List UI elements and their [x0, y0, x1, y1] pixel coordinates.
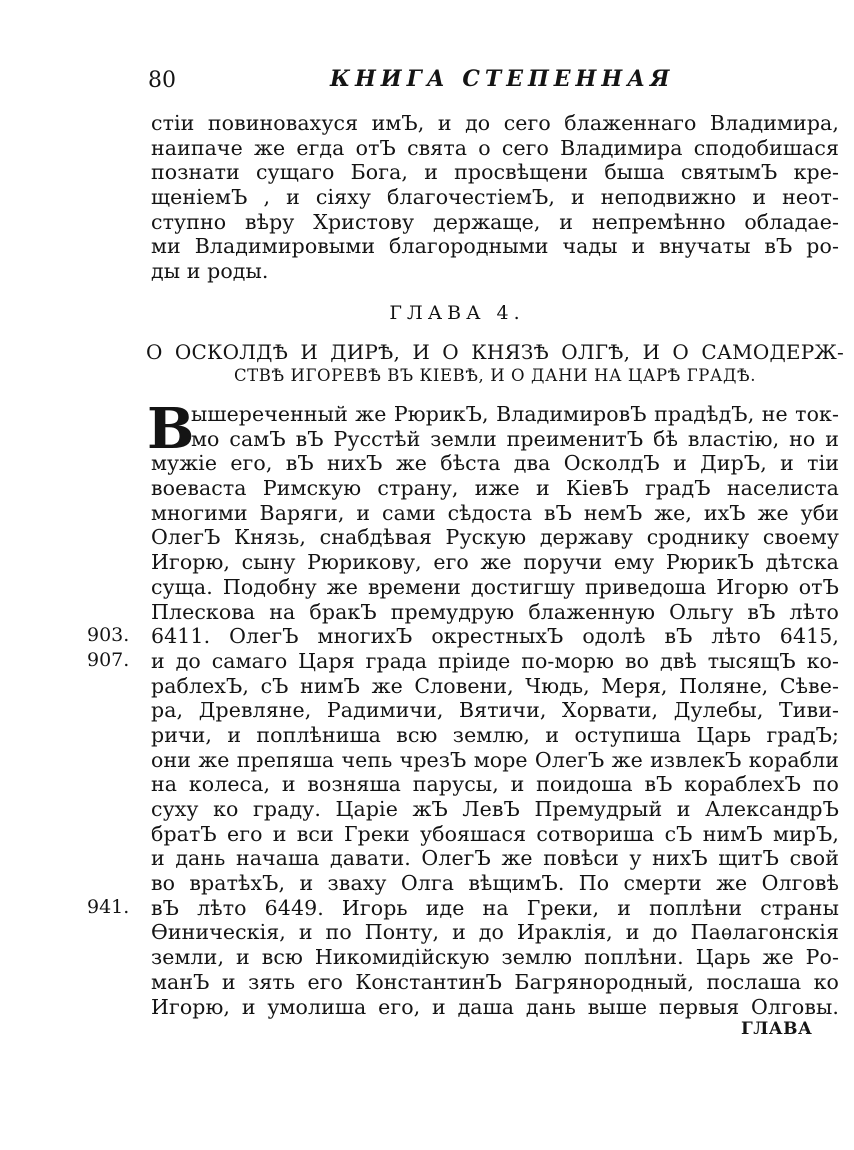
- text-line: они же препяша чепь чрезЪ море ОлегЪ же …: [151, 748, 839, 773]
- margin-year-note: 907.: [87, 649, 147, 671]
- text-line: стіи повиновахуся имЪ, и до сего блаженн…: [151, 111, 839, 136]
- text-line: ра, Древляне, Радимичи, Вятичи, Хорвати,…: [151, 698, 839, 723]
- text-line: на колеса, и возняша парусы, и поидоша в…: [151, 772, 839, 797]
- text-line: ышереченный же РюрикЪ, ВладимировЪ прадѣ…: [151, 402, 839, 427]
- text-line: раблехЪ, сЪ нимЪ же Словени, Чюдь, Меря,…: [151, 674, 839, 699]
- main-paragraph: В ышереченный же РюрикЪ, ВладимировЪ пра…: [151, 402, 839, 1019]
- chapter-title: О ОСКОЛДѢ И ДИРѢ, И О КНЯЗѢ ОЛГѢ, И О СА…: [146, 340, 844, 388]
- text-line: и дань начаша давати. ОлегЪ же повѣси у …: [151, 846, 839, 871]
- text-line: манЪ и зять его КонстантинЪ Багрянородны…: [151, 970, 839, 995]
- text-line: щеніемЪ , и сіяху благочестіемЪ, и непод…: [151, 185, 839, 210]
- text-line: суху ко граду. Царіе жЪ ЛевЪ Премудрый и…: [151, 797, 839, 822]
- text-line: ступно вѣру Христову держаще, и непремѣн…: [151, 210, 839, 235]
- chapter-title-line: СТВѢ ИГОРЕВѢ ВЪ КІЕВѢ, И О ДАНИ НА ЦАРѢ …: [146, 364, 844, 388]
- text-line: суща. Подобну же времени достигшу привед…: [151, 575, 839, 600]
- intro-paragraph: стіи повиновахуся имЪ, и до сего блаженн…: [151, 111, 839, 284]
- chapter-title-line: О ОСКОЛДѢ И ДИРѢ, И О КНЯЗѢ ОЛГѢ, И О СА…: [146, 340, 844, 364]
- text-line: мужіе его, вЪ нихЪ же бѣста два ОсколдЪ …: [151, 451, 839, 476]
- text-line: во вратѣхЪ, и зваху Олга вѣщимЪ. По смер…: [151, 871, 839, 896]
- text-line: 6411. ОлегЪ многихЪ окрестныхЪ одолѣ вЪ …: [151, 624, 839, 649]
- text-line: многими Варяги, и сами сѣдоста вЪ немЪ ж…: [151, 501, 839, 526]
- text-line: Игорю, сыну Рюрикову, его же поручи ему …: [151, 550, 839, 575]
- text-line: Плескова на бракЪ премудрую блаженную Ол…: [151, 600, 839, 625]
- text-line: Ѳиническія, и по Понту, и до Ираклія, и …: [151, 920, 839, 945]
- drop-cap: В: [147, 404, 194, 454]
- page-number: 80: [148, 68, 176, 93]
- text-line: Игорю, и умолиша его, и даша дань выше п…: [151, 995, 839, 1020]
- book-page: 80 КНИГА СТЕПЕННАЯ стіи повиновахуся имЪ…: [0, 0, 854, 1150]
- catchword: ГЛАВА: [741, 1019, 812, 1039]
- text-line: познати сущаго Бога, и просвѣщени быша с…: [151, 160, 839, 185]
- text-line: воеваста Римскую страну, иже и КіевЪ гра…: [151, 476, 839, 501]
- book-title: КНИГА СТЕПЕННАЯ: [330, 66, 674, 92]
- text-line: земли, и всю Никомидійскую землю поплѣни…: [151, 945, 839, 970]
- text-line: ми Владимировыми благородными чады и вну…: [151, 234, 839, 259]
- running-head: 80 КНИГА СТЕПЕННАЯ: [148, 64, 848, 96]
- margin-year-note: 941.: [87, 896, 147, 918]
- text-line: ды и роды.: [151, 259, 839, 284]
- text-line: вЪ лѣто 6449. Игорь иде на Греки, и попл…: [151, 896, 839, 921]
- chapter-number: ГЛАВА 4.: [0, 302, 854, 324]
- text-line: наипаче же егда отЪ свята о сего Владими…: [151, 136, 839, 161]
- text-line: братЪ его и вси Греки убояшася сотвориша…: [151, 822, 839, 847]
- text-line: ричи, и поплѣниша всю землю, и оступиша …: [151, 723, 839, 748]
- text-line: мо самЪ вЪ Русстѣй земли преименитЪ бѣ в…: [151, 427, 839, 452]
- text-line: и до самаго Царя града пріиде по-морю во…: [151, 649, 839, 674]
- text-line: ОлегЪ Князь, снабдѣвая Рускую державу ср…: [151, 525, 839, 550]
- margin-year-note: 903.: [87, 624, 147, 646]
